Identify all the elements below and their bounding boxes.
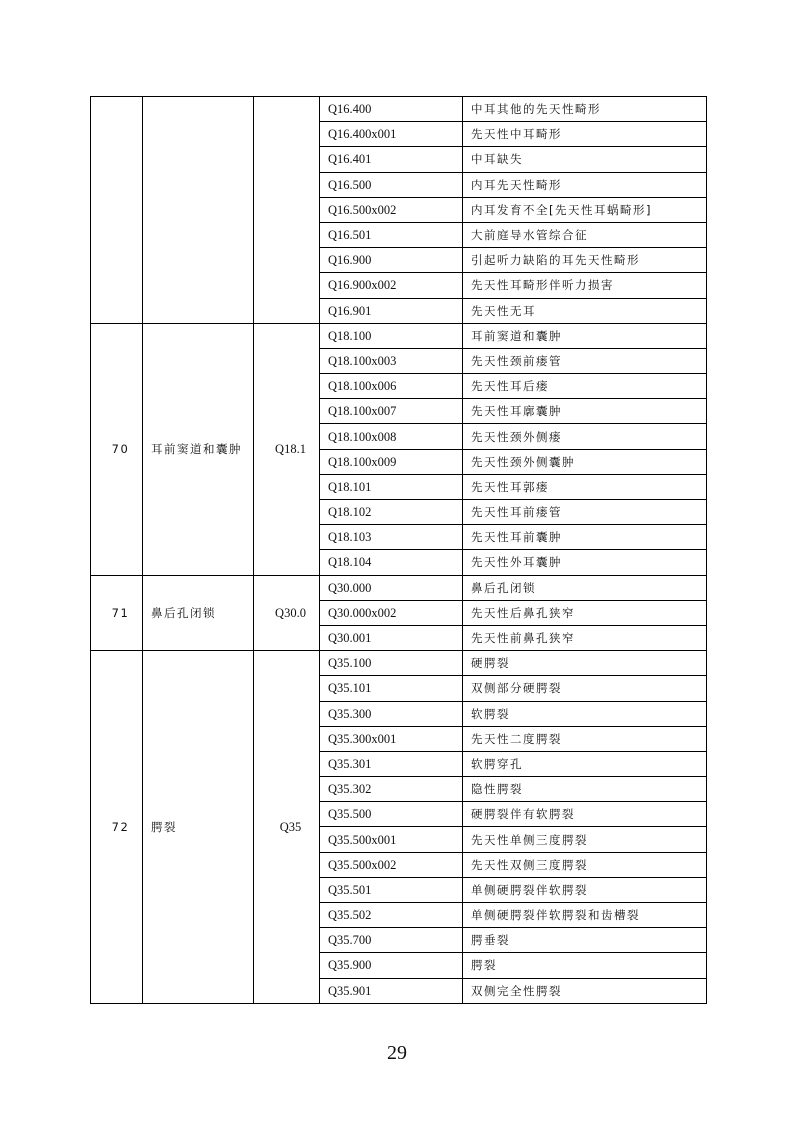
diagnosis-name-cell: 先天性颈外侧囊肿 [463,449,707,474]
icd-code-cell: Q30.000 [320,575,463,600]
table-row: 72腭裂Q35Q35.100硬腭裂 [91,651,707,676]
diagnosis-name-cell: 先天性耳前囊肿 [463,525,707,550]
table-body: Q16.400中耳其他的先天性畸形Q16.400x001先天性中耳畸形Q16.4… [91,97,707,1004]
diagnosis-name-cell: 先天性外耳囊肿 [463,550,707,575]
icd-code-cell: Q16.400 [320,97,463,122]
diagnosis-name-cell: 中耳其他的先天性畸形 [463,97,707,122]
icd-code-cell: Q35.501 [320,877,463,902]
disease-name-cell: 腭裂 [143,651,254,1004]
icd-code-cell: Q35.302 [320,777,463,802]
icd-code-cell: Q18.103 [320,525,463,550]
diagnosis-name-cell: 先天性耳畸形伴听力损害 [463,273,707,298]
icd-code-cell: Q16.401 [320,147,463,172]
icd-code-cell: Q35.700 [320,928,463,953]
diagnosis-name-cell: 硬腭裂伴有软腭裂 [463,802,707,827]
table-row: 70耳前窦道和囊肿Q18.1Q18.100耳前窦道和囊肿 [91,323,707,348]
diagnosis-name-cell: 软腭裂 [463,701,707,726]
icd-code-cell: Q16.900 [320,248,463,273]
diagnosis-name-cell: 先天性中耳畸形 [463,122,707,147]
diagnosis-name-cell: 硬腭裂 [463,651,707,676]
diagnosis-name-cell: 双侧完全性腭裂 [463,978,707,1003]
icd-code-cell: Q18.100 [320,323,463,348]
diagnosis-name-cell: 先天性后鼻孔狭窄 [463,600,707,625]
diagnosis-name-cell: 单侧硬腭裂伴软腭裂 [463,877,707,902]
icd-code-cell: Q16.900x002 [320,273,463,298]
icd-code-cell: Q18.100x009 [320,449,463,474]
diagnosis-name-cell: 先天性耳后瘘 [463,374,707,399]
diagnosis-name-cell: 引起听力缺陷的耳先天性畸形 [463,248,707,273]
icd-code-cell: Q16.400x001 [320,122,463,147]
icd-code-cell: Q18.101 [320,474,463,499]
icd-code-cell: Q18.102 [320,500,463,525]
diagnosis-name-cell: 先天性双侧三度腭裂 [463,852,707,877]
group-number-cell: 72 [91,651,143,1004]
group-number-cell: 71 [91,575,143,651]
diagnosis-name-cell: 大前庭导水管综合征 [463,222,707,247]
icd-code-cell: Q35.301 [320,751,463,776]
disease-name-cell: 耳前窦道和囊肿 [143,323,254,575]
icd-code-cell: Q18.100x003 [320,348,463,373]
diagnosis-code-table: Q16.400中耳其他的先天性畸形Q16.400x001先天性中耳畸形Q16.4… [90,96,707,1004]
diagnosis-name-cell: 内耳发育不全[先天性耳蜗畸形] [463,197,707,222]
diagnosis-name-cell: 腭裂 [463,953,707,978]
group-number-cell [91,97,143,324]
icd-code-cell: Q30.000x002 [320,600,463,625]
diagnosis-name-cell: 隐性腭裂 [463,777,707,802]
diagnosis-name-cell: 软腭穿孔 [463,751,707,776]
diagnosis-name-cell: 先天性颈外侧瘘 [463,424,707,449]
category-code-cell: Q18.1 [254,323,320,575]
diagnosis-name-cell: 中耳缺失 [463,147,707,172]
diagnosis-name-cell: 先天性无耳 [463,298,707,323]
icd-code-cell: Q35.101 [320,676,463,701]
diagnosis-name-cell: 耳前窦道和囊肿 [463,323,707,348]
icd-code-cell: Q16.500 [320,172,463,197]
category-code-cell: Q35 [254,651,320,1004]
diagnosis-name-cell: 单侧硬腭裂伴软腭裂和齿槽裂 [463,903,707,928]
icd-code-cell: Q35.502 [320,903,463,928]
document-page: Q16.400中耳其他的先天性畸形Q16.400x001先天性中耳畸形Q16.4… [0,0,794,1123]
icd-code-cell: Q35.500x001 [320,827,463,852]
icd-code-cell: Q35.100 [320,651,463,676]
diagnosis-name-cell: 先天性前鼻孔狭窄 [463,625,707,650]
disease-name-cell [143,97,254,324]
icd-code-cell: Q18.104 [320,550,463,575]
diagnosis-name-cell: 腭垂裂 [463,928,707,953]
icd-code-cell: Q35.300x001 [320,726,463,751]
icd-code-cell: Q30.001 [320,625,463,650]
diagnosis-name-cell: 先天性耳前瘘管 [463,500,707,525]
diagnosis-name-cell: 内耳先天性畸形 [463,172,707,197]
diagnosis-name-cell: 先天性二度腭裂 [463,726,707,751]
icd-code-cell: Q35.900 [320,953,463,978]
icd-code-cell: Q35.300 [320,701,463,726]
icd-code-cell: Q16.501 [320,222,463,247]
icd-code-cell: Q35.901 [320,978,463,1003]
category-code-cell [254,97,320,324]
diagnosis-name-cell: 鼻后孔闭锁 [463,575,707,600]
table-row: 71鼻后孔闭锁Q30.0Q30.000鼻后孔闭锁 [91,575,707,600]
icd-code-cell: Q16.901 [320,298,463,323]
icd-code-cell: Q18.100x008 [320,424,463,449]
icd-code-cell: Q18.100x006 [320,374,463,399]
diagnosis-name-cell: 先天性颈前瘘管 [463,348,707,373]
icd-code-cell: Q16.500x002 [320,197,463,222]
diagnosis-name-cell: 双侧部分硬腭裂 [463,676,707,701]
category-code-cell: Q30.0 [254,575,320,651]
icd-code-cell: Q18.100x007 [320,399,463,424]
diagnosis-name-cell: 先天性耳廓囊肿 [463,399,707,424]
page-number: 29 [0,1042,794,1065]
icd-code-cell: Q35.500x002 [320,852,463,877]
disease-name-cell: 鼻后孔闭锁 [143,575,254,651]
group-number-cell: 70 [91,323,143,575]
table-row: Q16.400中耳其他的先天性畸形 [91,97,707,122]
icd-code-cell: Q35.500 [320,802,463,827]
diagnosis-name-cell: 先天性耳郭瘘 [463,474,707,499]
diagnosis-name-cell: 先天性单侧三度腭裂 [463,827,707,852]
